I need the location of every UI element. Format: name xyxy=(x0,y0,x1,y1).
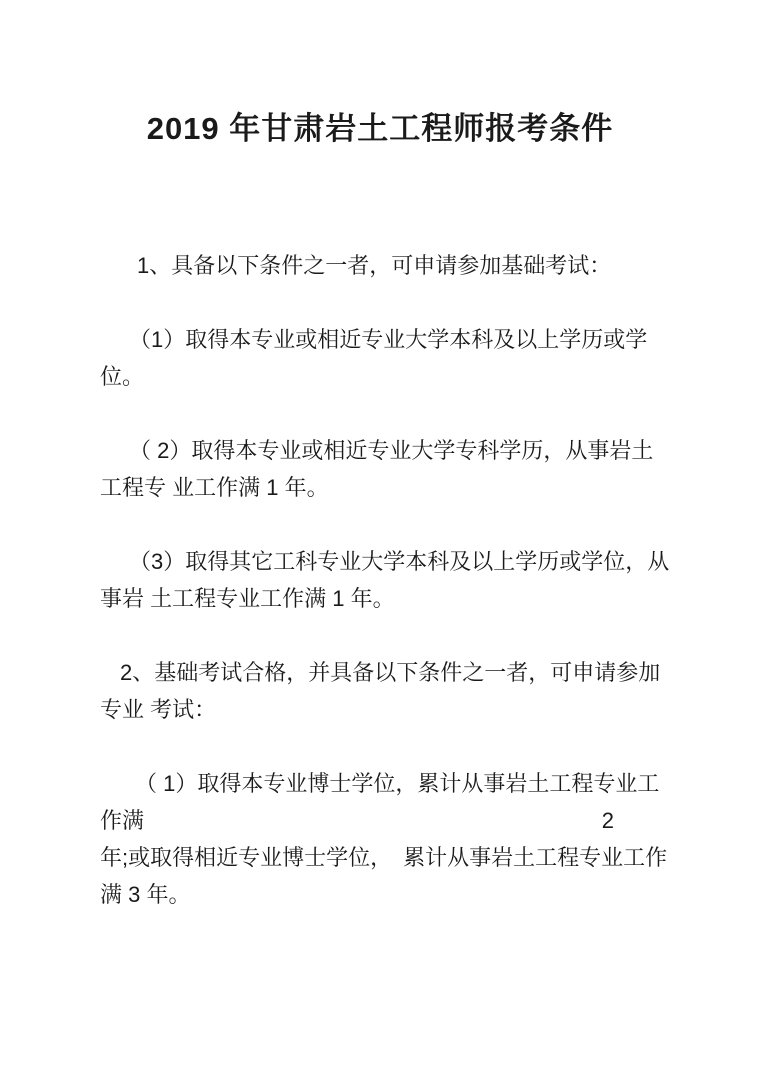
page-title: 2019 年甘肃岩土工程师报考条件 xyxy=(100,108,660,150)
paragraph-basic-exam-intro: 1、具备以下条件之一者，可申请参加基础考试： xyxy=(100,247,660,284)
paragraph-basic-item-2: （ 2）取得本专业或相近专业大学专科学历，从事岩土 工程专 业工作满 1 年。 xyxy=(100,432,660,506)
text-line-justified: 作满 2 xyxy=(100,802,660,839)
paragraph-professional-exam-intro: 2、基础考试合格，并具备以下条件之一者，可申请参加 专业 考试： xyxy=(100,654,660,728)
text-line: 年;或取得相近专业博士学位， 累计从事岩土工程专业工作 xyxy=(100,839,660,876)
paragraph-basic-item-1: （1）取得本专业或相近专业大学本科及以上学历或学 位。 xyxy=(100,321,660,395)
document-page: 2019 年甘肃岩土工程师报考条件 1、具备以下条件之一者，可申请参加基础考试：… xyxy=(0,0,762,1080)
text-line: （ 1）取得本专业博士学位，累计从事岩土工程专业工 xyxy=(100,765,660,802)
text-line-right: 2 xyxy=(602,802,614,839)
text-line: 专业 考试： xyxy=(100,691,660,728)
text-line-left: 作满 xyxy=(100,802,144,839)
text-line: 2、基础考试合格，并具备以下条件之一者，可申请参加 xyxy=(100,654,660,691)
text-line: 工程专 业工作满 1 年。 xyxy=(100,469,660,506)
text-line: （1）取得本专业或相近专业大学本科及以上学历或学 xyxy=(100,321,660,358)
paragraph-basic-item-3: （3）取得其它工科专业大学本科及以上学历或学位，从 事岩 土工程专业工作满 1 … xyxy=(100,543,660,617)
text-line: 事岩 土工程专业工作满 1 年。 xyxy=(100,580,660,617)
text-line: （ 2）取得本专业或相近专业大学专科学历，从事岩土 xyxy=(100,432,660,469)
text-line: （3）取得其它工科专业大学本科及以上学历或学位，从 xyxy=(100,543,660,580)
text-line: 满 3 年。 xyxy=(100,876,660,913)
text-line: 1、具备以下条件之一者，可申请参加基础考试： xyxy=(100,247,660,284)
text-line: 位。 xyxy=(100,358,660,395)
paragraph-professional-item-1: （ 1）取得本专业博士学位，累计从事岩土工程专业工 作满 2 年;或取得相近专业… xyxy=(100,765,660,913)
document-body: 2019 年甘肃岩土工程师报考条件 1、具备以下条件之一者，可申请参加基础考试：… xyxy=(100,0,660,950)
